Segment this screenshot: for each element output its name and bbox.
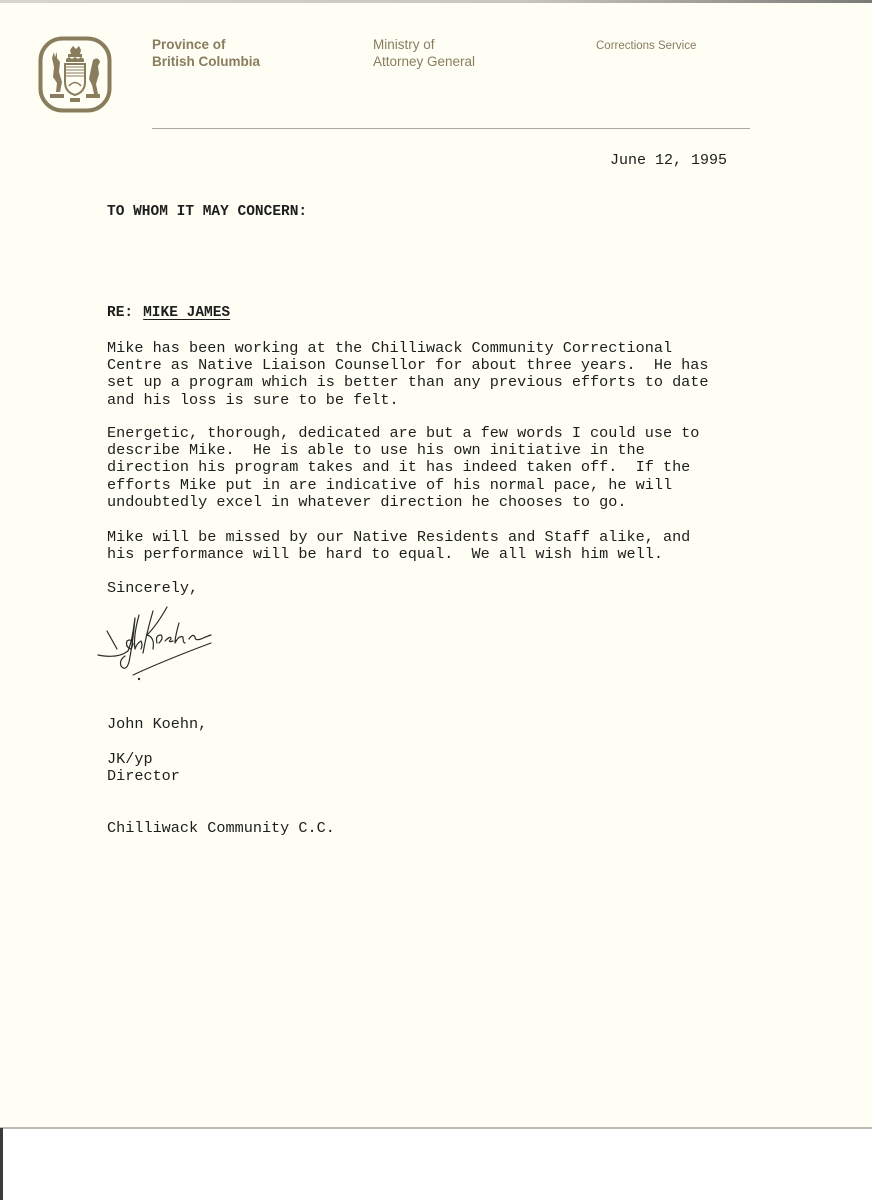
re-line: RE:MIKE JAMES — [107, 305, 230, 321]
bc-coat-of-arms-icon — [38, 36, 112, 113]
salutation: TO WHOM IT MAY CONCERN: — [107, 204, 307, 220]
letter-page — [0, 0, 872, 1129]
province-line-2: British Columbia — [152, 53, 260, 70]
province-line-1: Province of — [152, 36, 260, 53]
letterhead-ministry: Ministry of Attorney General — [373, 36, 475, 70]
handwritten-signature — [95, 603, 225, 683]
closing: Sincerely, — [107, 579, 198, 597]
letterhead-province: Province of British Columbia — [152, 36, 260, 70]
letterhead-divider — [152, 128, 750, 129]
signer-title: Director — [107, 768, 335, 785]
re-label: RE: — [107, 305, 133, 321]
re-subject: MIKE JAMES — [143, 305, 230, 321]
scanner-background — [3, 1129, 872, 1200]
letter-date: June 12, 1995 — [610, 152, 727, 169]
signer-organization: Chilliwack Community C.C. — [107, 820, 335, 837]
ministry-line-1: Ministry of — [373, 36, 475, 53]
body-paragraph-1: Mike has been working at the Chilliwack … — [107, 340, 787, 409]
letterhead-service: Corrections Service — [596, 38, 696, 55]
ministry-line-2: Attorney General — [373, 53, 475, 70]
body-paragraph-2: Energetic, thorough, dedicated are but a… — [107, 425, 787, 511]
scan-edge-top — [0, 0, 872, 3]
body-paragraph-3: Mike will be missed by our Native Reside… — [107, 529, 787, 563]
reference-initials: JK/yp — [107, 750, 153, 768]
signature-block: John Koehn, Director Chilliwack Communit… — [107, 682, 335, 854]
signer-name: John Koehn, — [107, 716, 335, 733]
